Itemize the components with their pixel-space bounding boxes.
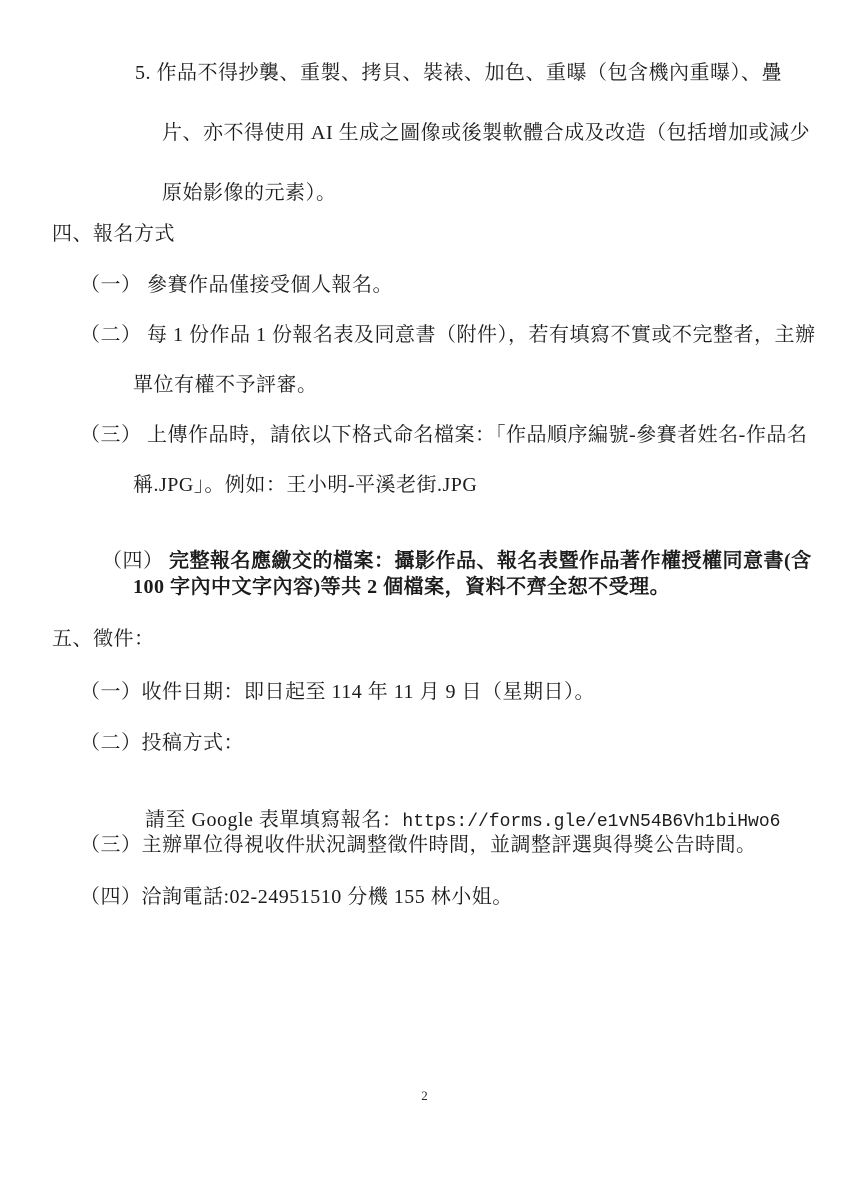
s4-item-2-line-1: （二） 每 1 份作品 1 份報名表及同意書（附件），若有填寫不實或不完整者，主…: [80, 322, 816, 348]
section-5-heading: 五、徵件：: [52, 626, 155, 652]
s5-item-2-detail-url: https://forms.gle/e1vN54B6Vh1biHwo6: [402, 812, 780, 832]
s4-item-3-line-2: 稱.JPG」。例如：王小明-平溪老街.JPG: [133, 472, 477, 498]
s5-item-1: （一）收件日期：即日起至 114 年 11 月 9 日（星期日）。: [80, 679, 595, 705]
s5-item-3: （三）主辦單位得視收件狀況調整徵件時間，並調整評選與得獎公告時間。: [80, 832, 757, 858]
document-page: 5. 作品不得抄襲、重製、拷貝、裝裱、加色、重曝（包含機內重曝）、疊 片、亦不得…: [0, 0, 849, 1200]
clause-5-line-1: 5. 作品不得抄襲、重製、拷貝、裝裱、加色、重曝（包含機內重曝）、疊: [135, 60, 782, 86]
clause-5-line-2: 片、亦不得使用 AI 生成之圖像或後製軟體合成及改造（包括增加或減少: [162, 120, 810, 146]
s5-item-4: （四）洽詢電話:02-24951510 分機 155 林小姐。: [80, 884, 513, 910]
section-4-heading: 四、報名方式: [52, 221, 175, 247]
s4-item-3-line-1: （三） 上傳作品時，請依以下格式命名檔案：「作品順序編號-參賽者姓名-作品名: [80, 422, 807, 448]
clause-5-line-3: 原始影像的元素）。: [162, 180, 337, 206]
s4-item-4-text: 完整報名應繳交的檔案：攝影作品、報名表暨作品著作權授權同意書(含: [169, 550, 812, 572]
page-number: 2: [0, 1088, 849, 1104]
s4-item-4-line-2: 100 字內中文字內容)等共 2 個檔案，資料不齊全恕不受理。: [133, 574, 670, 600]
s5-item-2-detail-prefix: 請至 Google 表單填寫報名：: [145, 809, 402, 831]
s4-item-4-marker: （四）: [102, 550, 169, 572]
s4-item-2-line-2: 單位有權不予評審。: [133, 372, 318, 398]
s5-item-2: （二）投稿方式：: [80, 730, 244, 756]
s4-item-1: （一） 參賽作品僅接受個人報名。: [80, 272, 393, 298]
